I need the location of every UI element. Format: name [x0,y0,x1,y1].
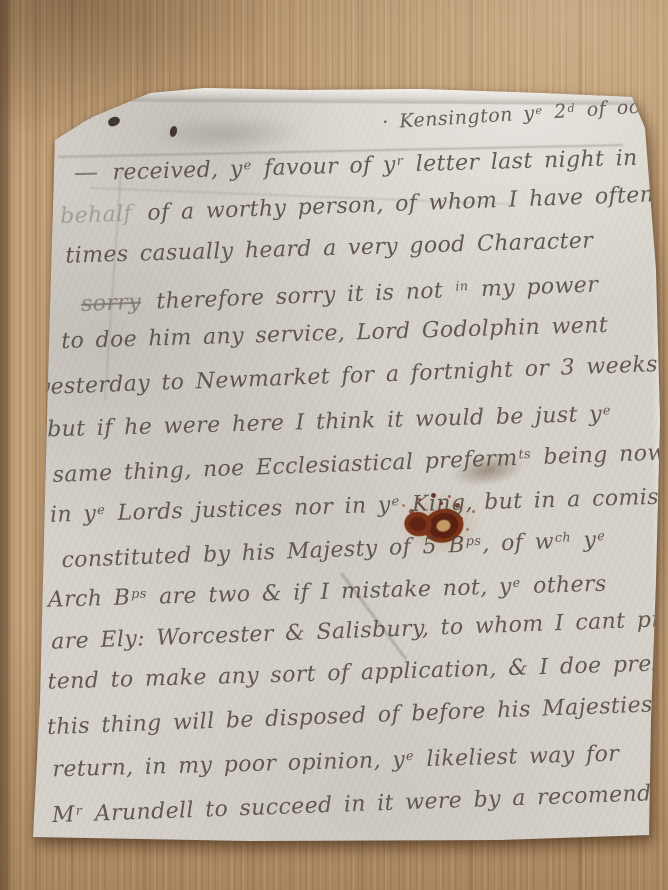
letter-word: being now [532,440,667,470]
letter-word: d [567,101,575,114]
letter-word: received, y [101,157,243,186]
letter-word: r [76,803,83,818]
letter-word: e [512,576,520,591]
letter-word: my power [469,272,598,302]
letter-word: e [535,103,543,116]
letter-word: sorry [81,290,142,317]
ink-blot [107,116,121,128]
letter-word: · Kensington y [382,102,536,133]
letter-word: e [406,749,414,764]
letter-word: in y [50,502,97,528]
letter-word: ps [465,533,481,549]
letter-word: — [74,161,97,187]
letter-word: in [455,279,469,294]
letter-word: e [97,503,105,518]
letter-word: likeliest way for [415,742,620,773]
letter-body: — received, ye favour of yr letter last … [62,132,668,831]
letter-paper: · Kensington ye 2d of october — received… [0,0,668,890]
letter-word: r [397,154,404,169]
letter-word: others [521,572,607,599]
letter-word: e [391,494,399,509]
paper-shadow-wrap: · Kensington ye 2d of october — received… [0,0,668,890]
letter-word: e [243,158,251,173]
ink-blot [82,111,93,121]
letter-word: Arch B [47,585,130,612]
letter-word: King, but in a comission [400,483,668,517]
letter-word: 2 [543,100,567,123]
letter-word: favour of y [252,152,396,181]
photo-of-letter-on-wood-table: · Kensington ye 2d of october — received… [0,0,668,890]
letter-word: e [597,528,606,543]
letter-word: are two & if I mistake not, y [147,574,512,609]
letter-word: , of w [482,529,555,557]
letter-word: letter last night in [404,146,638,178]
letter-word: y [572,527,597,553]
letter-word: ts [518,447,531,462]
letter-word: return, in my poor opinion, y [52,748,405,783]
letter-word: M [52,802,76,828]
letter-word: times casually heard a very good Charact… [65,228,593,268]
letter-word: therefore sorry it is not [145,277,455,314]
letter-word: Lords justices nor in y [106,493,391,526]
letter-word: e [603,403,611,418]
letter-word: behalf [60,201,133,229]
letter-word: ps [131,587,147,602]
letter-word: to doe him any service, Lord Godolphin w… [61,313,608,354]
letter-word: ch [555,530,572,546]
